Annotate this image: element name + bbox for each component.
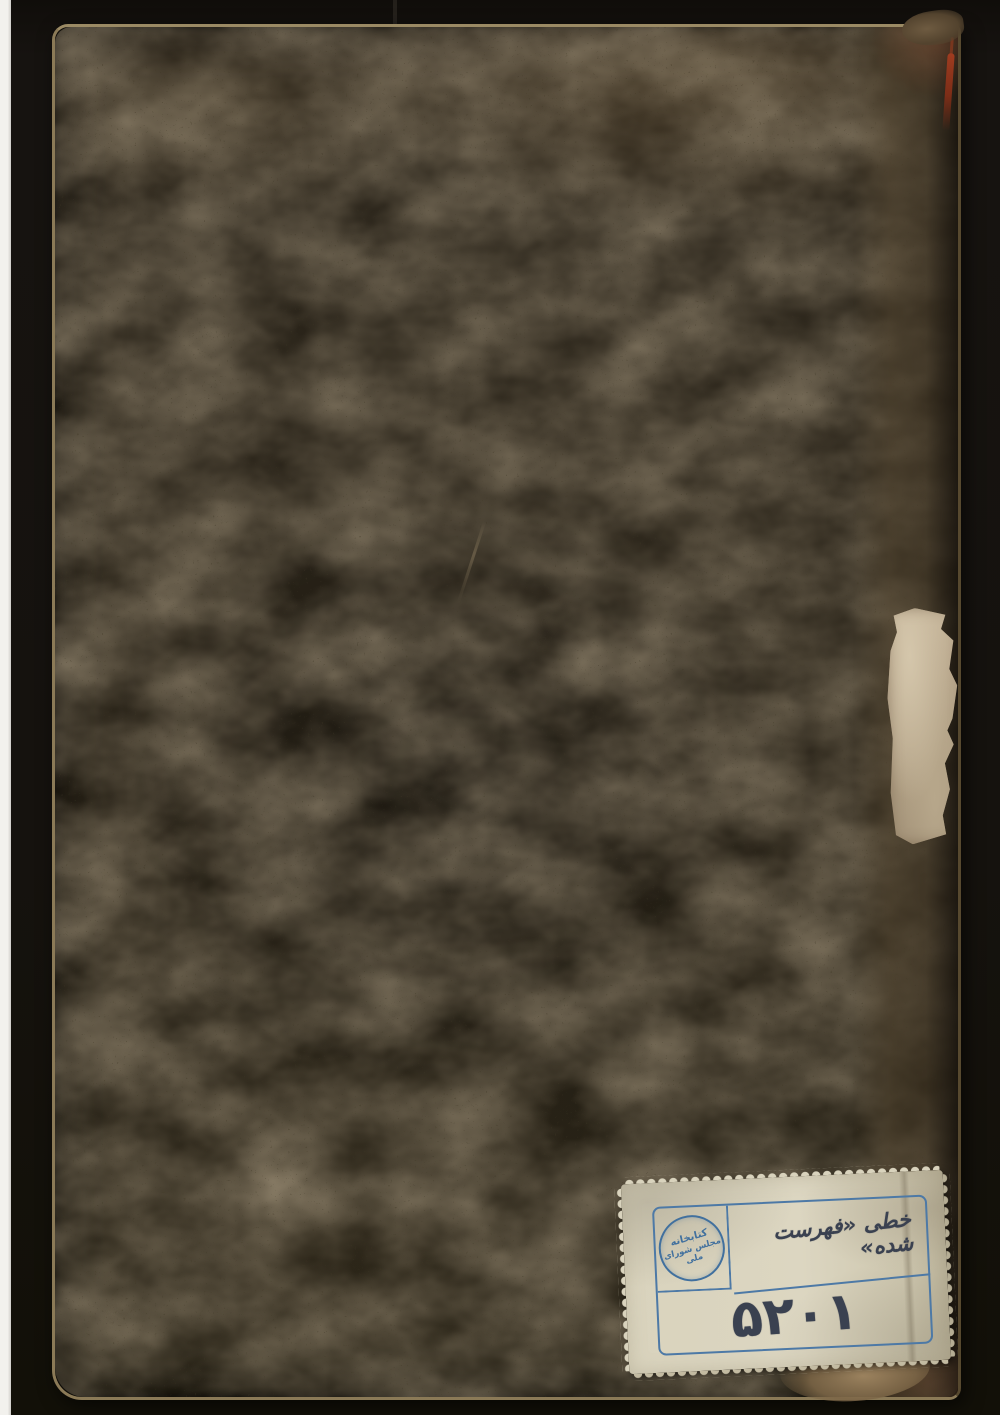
book-cover: کتابخانه مجلس شورای ملی خطی «فهرست شده» … bbox=[52, 24, 961, 1400]
photo-frame: کتابخانه مجلس شورای ملی خطی «فهرست شده» … bbox=[0, 0, 1000, 1415]
library-stamp: کتابخانه مجلس شورای ملی bbox=[651, 1207, 733, 1289]
label-perforation-left bbox=[614, 1187, 629, 1371]
label-frame: کتابخانه مجلس شورای ملی خطی «فهرست شده» … bbox=[652, 1195, 933, 1356]
stamp-cell: کتابخانه مجلس شورای ملی bbox=[654, 1206, 732, 1293]
scratch-mark bbox=[457, 521, 486, 604]
library-label: کتابخانه مجلس شورای ملی خطی «فهرست شده» … bbox=[621, 1170, 951, 1374]
paper-strip bbox=[0, 0, 11, 1415]
